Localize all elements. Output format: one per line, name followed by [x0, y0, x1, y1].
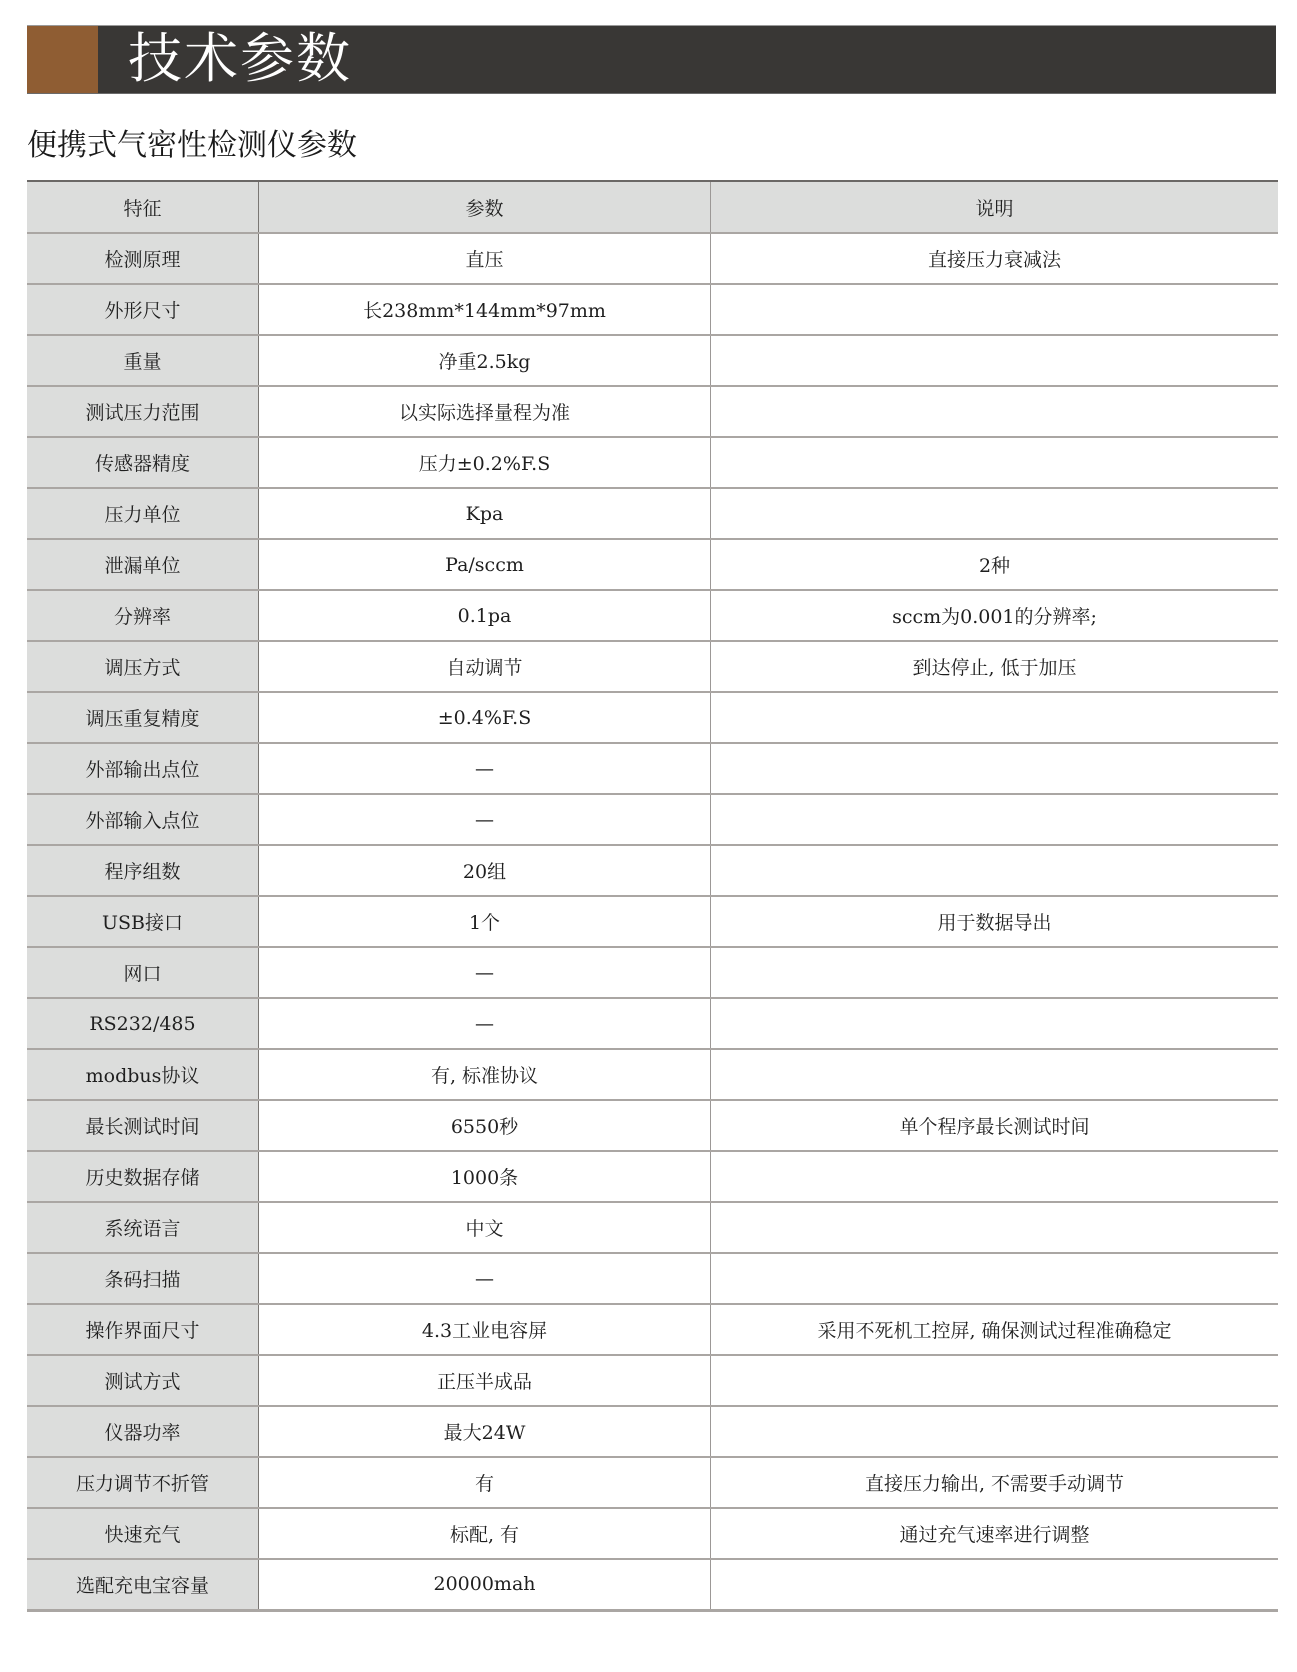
row-param: 标配, 有: [259, 1508, 711, 1559]
row-feature: 重量: [27, 335, 259, 386]
row-note: 用于数据导出: [711, 896, 1279, 947]
row-note: [711, 1202, 1279, 1253]
row-param: 20000mah: [259, 1559, 711, 1610]
table-row: USB接口1个用于数据导出: [27, 896, 1278, 947]
header-feature: 特征: [27, 181, 259, 233]
table-row: RS232/485—: [27, 998, 1278, 1049]
row-param: 压力±0.2%F.S: [259, 437, 711, 488]
table-row: modbus协议有, 标准协议: [27, 1049, 1278, 1100]
table-header-row: 特征 参数 说明: [27, 181, 1278, 233]
row-param: —: [259, 794, 711, 845]
row-note: 采用不死机工控屏, 确保测试过程准确稳定: [711, 1304, 1279, 1355]
row-note: [711, 998, 1279, 1049]
row-param: Kpa: [259, 488, 711, 539]
row-feature: 调压方式: [27, 641, 259, 692]
row-param: 4.3工业电容屏: [259, 1304, 711, 1355]
row-param: 有, 标准协议: [259, 1049, 711, 1100]
table-row: 调压方式自动调节到达停止, 低于加压: [27, 641, 1278, 692]
row-feature: USB接口: [27, 896, 259, 947]
row-feature: 外部输入点位: [27, 794, 259, 845]
table-title: 便携式气密性检测仪参数: [27, 126, 357, 166]
row-note: 通过充气速率进行调整: [711, 1508, 1279, 1559]
row-feature: 测试方式: [27, 1355, 259, 1406]
table-row: 系统语言中文: [27, 1202, 1278, 1253]
row-feature: 条码扫描: [27, 1253, 259, 1304]
row-note: [711, 1253, 1279, 1304]
banner-accent-block: [27, 26, 98, 93]
row-feature: modbus协议: [27, 1049, 259, 1100]
row-note: [711, 1355, 1279, 1406]
row-note: [711, 1049, 1279, 1100]
row-param: —: [259, 743, 711, 794]
row-feature: 网口: [27, 947, 259, 998]
row-param: 有: [259, 1457, 711, 1508]
row-note: 直接压力输出, 不需要手动调节: [711, 1457, 1279, 1508]
row-note: [711, 845, 1279, 896]
table-row: 测试方式正压半成品: [27, 1355, 1278, 1406]
table-row: 外部输出点位—: [27, 743, 1278, 794]
row-note: [711, 1151, 1279, 1202]
table-row: 压力调节不折管有直接压力输出, 不需要手动调节: [27, 1457, 1278, 1508]
row-param: Pa/sccm: [259, 539, 711, 590]
table-row: 快速充气标配, 有通过充气速率进行调整: [27, 1508, 1278, 1559]
row-note: [711, 488, 1279, 539]
table-row: 选配充电宝容量20000mah: [27, 1559, 1278, 1610]
row-note: 直接压力衰减法: [711, 233, 1279, 284]
row-param: 中文: [259, 1202, 711, 1253]
row-note: [711, 284, 1279, 335]
row-note: [711, 947, 1279, 998]
row-param: 正压半成品: [259, 1355, 711, 1406]
row-param: —: [259, 947, 711, 998]
table-body: 检测原理直压直接压力衰减法外形尺寸长238mm*144mm*97mm重量净重2.…: [27, 233, 1278, 1610]
table-row: 传感器精度压力±0.2%F.S: [27, 437, 1278, 488]
row-param: 直压: [259, 233, 711, 284]
row-feature: 外部输出点位: [27, 743, 259, 794]
table-row: 最长测试时间6550秒单个程序最长测试时间: [27, 1100, 1278, 1151]
row-note: sccm为0.001的分辨率;: [711, 590, 1279, 641]
table-row: 分辨率0.1pasccm为0.001的分辨率;: [27, 590, 1278, 641]
row-feature: 分辨率: [27, 590, 259, 641]
row-param: 6550秒: [259, 1100, 711, 1151]
row-note: 到达停止, 低于加压: [711, 641, 1279, 692]
table-row: 检测原理直压直接压力衰减法: [27, 233, 1278, 284]
table-row: 重量净重2.5kg: [27, 335, 1278, 386]
row-param: 1000条: [259, 1151, 711, 1202]
table-row: 外部输入点位—: [27, 794, 1278, 845]
row-param: 20组: [259, 845, 711, 896]
row-note: 单个程序最长测试时间: [711, 1100, 1279, 1151]
row-feature: 测试压力范围: [27, 386, 259, 437]
table-row: 调压重复精度±0.4%F.S: [27, 692, 1278, 743]
table-row: 压力单位Kpa: [27, 488, 1278, 539]
header-param: 参数: [259, 181, 711, 233]
row-param: —: [259, 998, 711, 1049]
table-row: 测试压力范围以实际选择量程为准: [27, 386, 1278, 437]
row-feature: 仪器功率: [27, 1406, 259, 1457]
row-feature: 最长测试时间: [27, 1100, 259, 1151]
row-note: [711, 794, 1279, 845]
table-row: 操作界面尺寸4.3工业电容屏采用不死机工控屏, 确保测试过程准确稳定: [27, 1304, 1278, 1355]
header-note: 说明: [711, 181, 1279, 233]
row-feature: 历史数据存储: [27, 1151, 259, 1202]
row-param: 0.1pa: [259, 590, 711, 641]
row-note: [711, 743, 1279, 794]
row-feature: 选配充电宝容量: [27, 1559, 259, 1610]
row-feature: 系统语言: [27, 1202, 259, 1253]
row-param: ±0.4%F.S: [259, 692, 711, 743]
row-note: [711, 335, 1279, 386]
row-feature: 调压重复精度: [27, 692, 259, 743]
row-note: [711, 1559, 1279, 1610]
table-row: 仪器功率最大24W: [27, 1406, 1278, 1457]
row-feature: 压力调节不折管: [27, 1457, 259, 1508]
table-row: 条码扫描—: [27, 1253, 1278, 1304]
table-row: 外形尺寸长238mm*144mm*97mm: [27, 284, 1278, 335]
row-feature: 操作界面尺寸: [27, 1304, 259, 1355]
row-param: 最大24W: [259, 1406, 711, 1457]
row-param: 长238mm*144mm*97mm: [259, 284, 711, 335]
row-param: 以实际选择量程为准: [259, 386, 711, 437]
table-row: 历史数据存储1000条: [27, 1151, 1278, 1202]
row-param: 自动调节: [259, 641, 711, 692]
row-param: —: [259, 1253, 711, 1304]
row-feature: 快速充气: [27, 1508, 259, 1559]
row-feature: 传感器精度: [27, 437, 259, 488]
row-note: [711, 437, 1279, 488]
table-row: 网口—: [27, 947, 1278, 998]
row-param: 1个: [259, 896, 711, 947]
row-feature: 程序组数: [27, 845, 259, 896]
row-feature: 泄漏单位: [27, 539, 259, 590]
row-note: [711, 692, 1279, 743]
row-feature: 压力单位: [27, 488, 259, 539]
row-param: 净重2.5kg: [259, 335, 711, 386]
row-note: 2种: [711, 539, 1279, 590]
row-feature: RS232/485: [27, 998, 259, 1049]
row-feature: 外形尺寸: [27, 284, 259, 335]
spec-table: 特征 参数 说明 检测原理直压直接压力衰减法外形尺寸长238mm*144mm*9…: [27, 180, 1278, 1612]
table-row: 程序组数20组: [27, 845, 1278, 896]
row-feature: 检测原理: [27, 233, 259, 284]
row-note: [711, 386, 1279, 437]
table-row: 泄漏单位Pa/sccm2种: [27, 539, 1278, 590]
row-note: [711, 1406, 1279, 1457]
section-banner: 技术参数: [27, 25, 1276, 94]
banner-title: 技术参数: [128, 26, 352, 93]
